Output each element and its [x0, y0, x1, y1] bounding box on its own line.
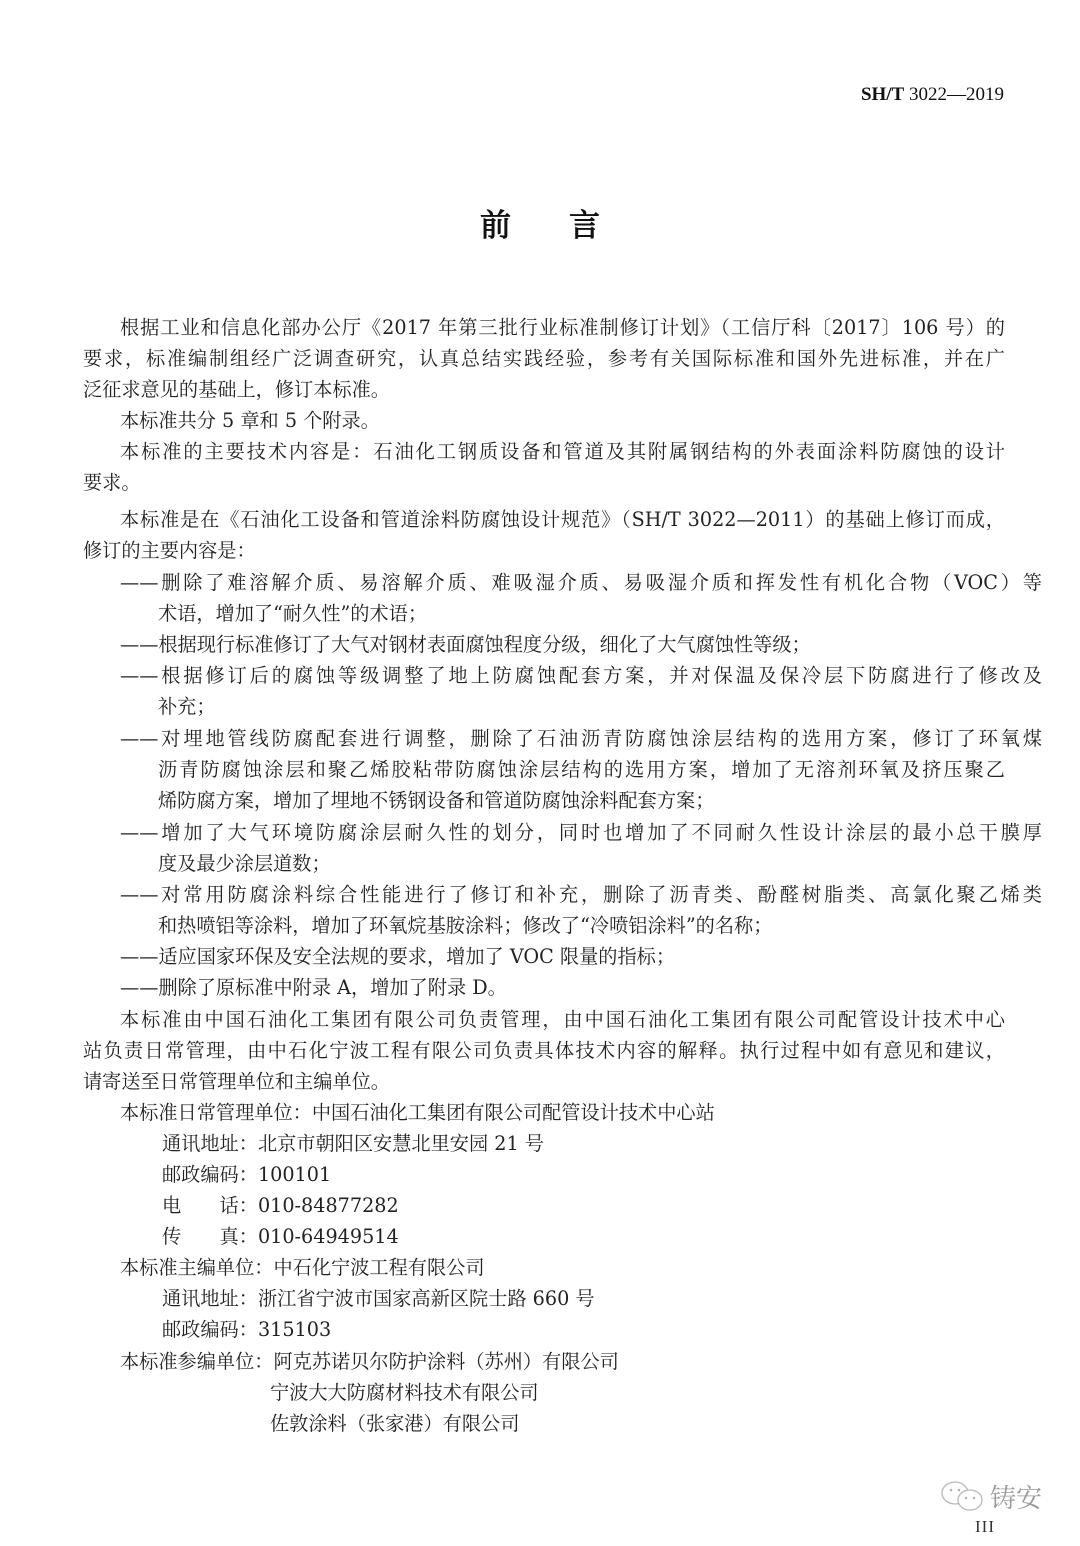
postcode-value: 315103	[258, 1318, 331, 1341]
paragraph-line: 泛征求意见的基础上，修订本标准。	[83, 378, 390, 402]
postcode-label: 邮政编码：	[162, 1318, 258, 1341]
phone-value: 010-84877282	[258, 1194, 399, 1217]
fax-label: 传 真：	[162, 1225, 258, 1248]
change-item-continued: 术语，增加了“耐久性”的术语；	[158, 602, 427, 626]
participating-unit-line: 本标准参编单位：阿克苏诺贝尔防护涂料（苏州）有限公司	[120, 1350, 619, 1374]
address-value: 浙江省宁波市国家高新区院士路 660 号	[258, 1287, 595, 1310]
paragraph-line: 本标准共分 5 章和 5 个附录。	[120, 409, 380, 433]
page-number: III	[975, 1517, 995, 1537]
address-value: 北京市朝阳区安慧北里安园 21 号	[258, 1132, 544, 1155]
daily-unit-line: 本标准日常管理单位：中国石油化工集团有限公司配管设计技术中心站	[120, 1101, 715, 1125]
standard-code: SH/T 3022—2019	[861, 84, 1004, 106]
change-item: ——删除了原标准中附录 A，增加了附录 D。	[120, 976, 507, 1000]
participating-units-label: 本标准参编单位：	[120, 1350, 274, 1373]
change-item-continued: 补充；	[158, 695, 216, 719]
change-item: ——适应国家环保及安全法规的要求，增加了 VOC 限量的指标；	[120, 945, 675, 969]
paragraph-line: 本标准由中国石油化工集团有限公司负责管理，由中国石油化工集团有限公司配管设计技术…	[120, 1008, 1005, 1032]
address-label: 通讯地址：	[162, 1287, 258, 1310]
paragraph-line: 本标准的主要技术内容是：石油化工钢质设备和管道及其附属钢结构的外表面涂料防腐蚀的…	[120, 440, 1005, 464]
fax-value: 010-64949514	[258, 1225, 399, 1248]
address-label: 通讯地址：	[162, 1132, 258, 1155]
watermark-text: 铸安	[990, 1478, 1042, 1515]
chief-unit-label: 本标准主编单位：	[120, 1256, 274, 1279]
participating-unit-name: 宁波大大防腐材料技术有限公司	[270, 1381, 539, 1405]
chief-unit-line: 本标准主编单位：中石化宁波工程有限公司	[120, 1256, 485, 1280]
change-item: ——删除了难溶解介质、易溶解介质、难吸湿介质、易吸湿介质和挥发性有机化合物（VO…	[120, 571, 1042, 595]
chief-unit-name: 中石化宁波工程有限公司	[274, 1256, 485, 1279]
change-item: ——对埋地管线防腐配套进行调整，删除了石油沥青防腐蚀涂层结构的选用方案，修订了环…	[120, 727, 1042, 751]
change-item: ——增加了大气环境防腐涂层耐久性的划分，同时也增加了不同耐久性设计涂层的最小总干…	[120, 821, 1042, 845]
paragraph-line: 根据工业和信息化部办公厅《2017 年第三批行业标准制修订计划》（工信厅科〔20…	[120, 316, 1005, 340]
paragraph-line: 请寄送至日常管理单位和主编单位。	[83, 1070, 390, 1094]
change-item: ——根据现行标准修订了大气对钢材表面腐蚀程度分级，细化了大气腐蚀性等级；	[120, 633, 811, 657]
daily-unit-label: 本标准日常管理单位：	[120, 1101, 312, 1124]
standard-code-prefix: SH/T	[861, 84, 904, 105]
chief-unit-postcode: 邮政编码：315103	[162, 1318, 331, 1342]
paragraph-line: 要求，标准编制组经广泛调查研究，认真总结实践经验，参考有关国际标准和国外先进标准…	[83, 347, 1005, 371]
page-title: 前言	[0, 200, 1080, 245]
paragraph-line: 站负责日常管理，由中石化宁波工程有限公司负责具体技术内容的解释。执行过程中如有意…	[83, 1039, 1005, 1063]
change-item-continued: 度及最少涂层道数；	[158, 852, 331, 876]
change-item-continued: 烯防腐方案，增加了埋地不锈钢设备和管道防腐蚀涂料配套方案；	[158, 789, 714, 813]
daily-unit-name: 中国石油化工集团有限公司配管设计技术中心站	[312, 1101, 715, 1124]
daily-unit-postcode: 邮政编码：100101	[162, 1163, 331, 1187]
chief-unit-address: 通讯地址：浙江省宁波市国家高新区院士路 660 号	[162, 1287, 595, 1311]
change-item: ——根据修订后的腐蚀等级调整了地上防腐蚀配套方案，并对保温及保冷层下防腐进行了修…	[120, 664, 1042, 688]
participating-unit-name: 阿克苏诺贝尔防护涂料（苏州）有限公司	[274, 1350, 619, 1373]
paragraph-line: 本标准是在《石油化工设备和管道涂料防腐蚀设计规范》（SH/T 3022—2011…	[120, 508, 1005, 532]
postcode-value: 100101	[258, 1163, 331, 1186]
participating-unit-name: 佐敦涂料（张家港）有限公司	[270, 1412, 519, 1436]
daily-unit-phone: 电 话：010-84877282	[162, 1194, 399, 1218]
standard-code-number: 3022—2019	[904, 84, 1004, 105]
change-item-continued: 和热喷铝等涂料，增加了环氧烷基胺涂料；修改了“冷喷铝涂料”的名称；	[158, 914, 772, 938]
paragraph-line: 修订的主要内容是：	[83, 539, 256, 563]
daily-unit-address: 通讯地址：北京市朝阳区安慧北里安园 21 号	[162, 1132, 544, 1156]
postcode-label: 邮政编码：	[162, 1163, 258, 1186]
paragraph-line: 要求。	[83, 471, 141, 495]
daily-unit-fax: 传 真：010-64949514	[162, 1225, 399, 1249]
phone-label: 电 话：	[162, 1194, 258, 1217]
change-item-continued: 沥青防腐蚀涂层和聚乙烯胶粘带防腐蚀涂层结构的选用方案，增加了无溶剂环氧及挤压聚乙	[158, 758, 1005, 782]
change-item: ——对常用防腐涂料综合性能进行了修订和补充，删除了沥青类、酚醛树脂类、高氯化聚乙…	[120, 883, 1042, 907]
